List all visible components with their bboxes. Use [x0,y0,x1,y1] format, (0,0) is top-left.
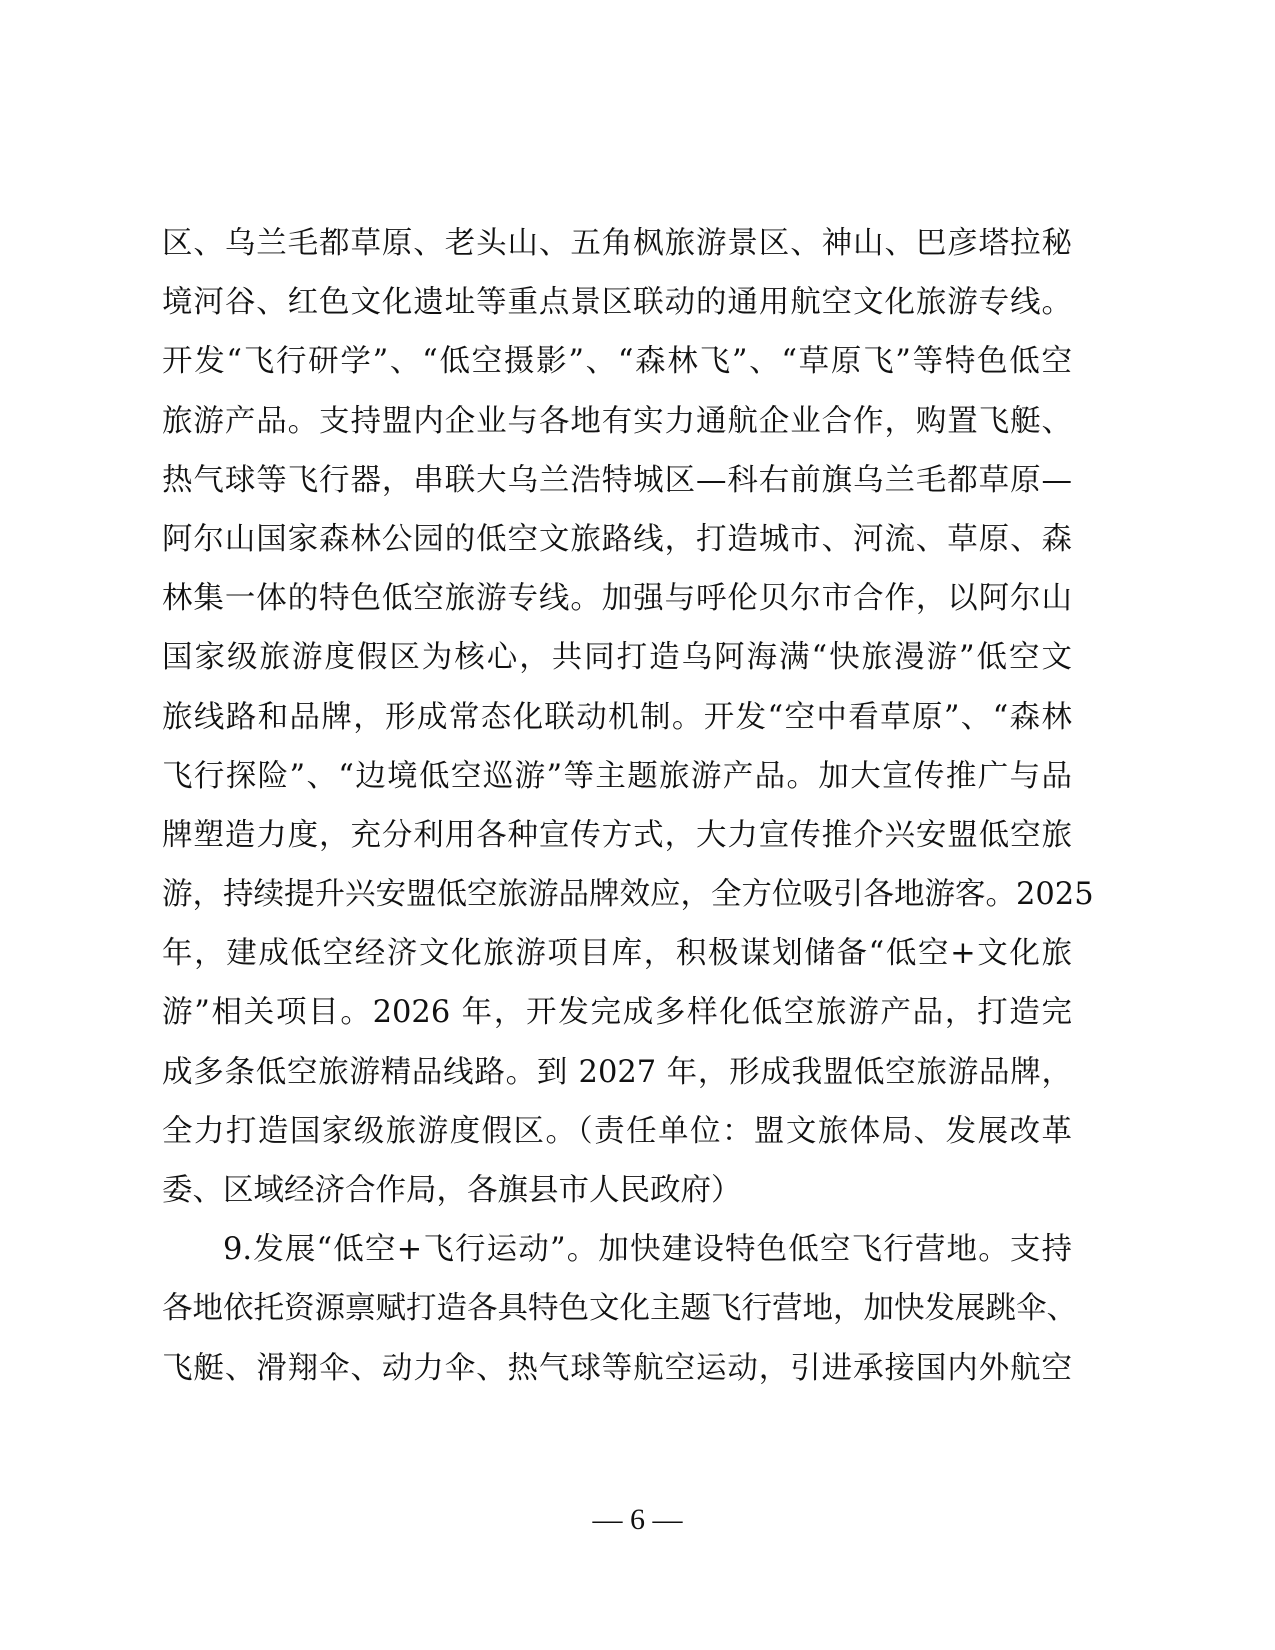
text-line: 境河谷、红色文化遗址等重点景区联动的通用航空文化旅游专线。 [162,273,1072,332]
text-line: 成多条低空旅游精品线路。到 2027 年，形成我盟低空旅游品牌， [162,1043,1072,1102]
text-line-paragraph-end: 委、区域经济合作局，各旗县市人民政府） [162,1161,1072,1220]
text-line: 全力打造国家级旅游度假区。（责任单位：盟文旅体局、发展改革 [162,1102,1072,1161]
text-line: 飞行探险”、“边境低空巡游”等主题旅游产品。加大宣传推广与品 [162,747,1072,806]
text-line: 国家级旅游度假区为核心，共同打造乌阿海满“快旅漫游”低空文 [162,628,1072,687]
text-line: 开发“飞行研学”、“低空摄影”、“森林飞”、“草原飞”等特色低空 [162,332,1072,391]
text-line: 各地依托资源禀赋打造各具特色文化主题飞行营地，加快发展跳伞、 [162,1279,1072,1338]
text-line: 旅线路和品牌，形成常态化联动机制。开发“空中看草原”、“森林 [162,688,1072,747]
text-line: 飞艇、滑翔伞、动力伞、热气球等航空运动，引进承接国内外航空 [162,1339,1072,1398]
text-line: 牌塑造力度，充分利用各种宣传方式，大力宣传推介兴安盟低空旅 [162,806,1072,865]
text-line: 林集一体的特色低空旅游专线。加强与呼伦贝尔市合作，以阿尔山 [162,569,1072,628]
section-heading-line: 9.发展“低空+飞行运动”。加快建设特色低空飞行营地。支持 [162,1220,1072,1279]
document-page: 区、乌兰毛都草原、老头山、五角枫旅游景区、神山、巴彦塔拉秘 境河谷、红色文化遗址… [0,0,1275,1650]
body-text: 区、乌兰毛都草原、老头山、五角枫旅游景区、神山、巴彦塔拉秘 境河谷、红色文化遗址… [162,214,1072,1398]
text-line: 热气球等飞行器，串联大乌兰浩特城区—科右前旗乌兰毛都草原— [162,451,1072,510]
text-line: 游”相关项目。2026 年，开发完成多样化低空旅游产品，打造完 [162,983,1072,1042]
text-line: 区、乌兰毛都草原、老头山、五角枫旅游景区、神山、巴彦塔拉秘 [162,214,1072,273]
text-line: 年，建成低空经济文化旅游项目库，积极谋划储备“低空+文化旅 [162,924,1072,983]
text-line: 旅游产品。支持盟内企业与各地有实力通航企业合作，购置飞艇、 [162,392,1072,451]
page-number: — 6 — [0,1500,1275,1540]
text-line: 阿尔山国家森林公园的低空文旅路线，打造城市、河流、草原、森 [162,510,1072,569]
text-line: 游，持续提升兴安盟低空旅游品牌效应，全方位吸引各地游客。2025 [162,865,1072,924]
